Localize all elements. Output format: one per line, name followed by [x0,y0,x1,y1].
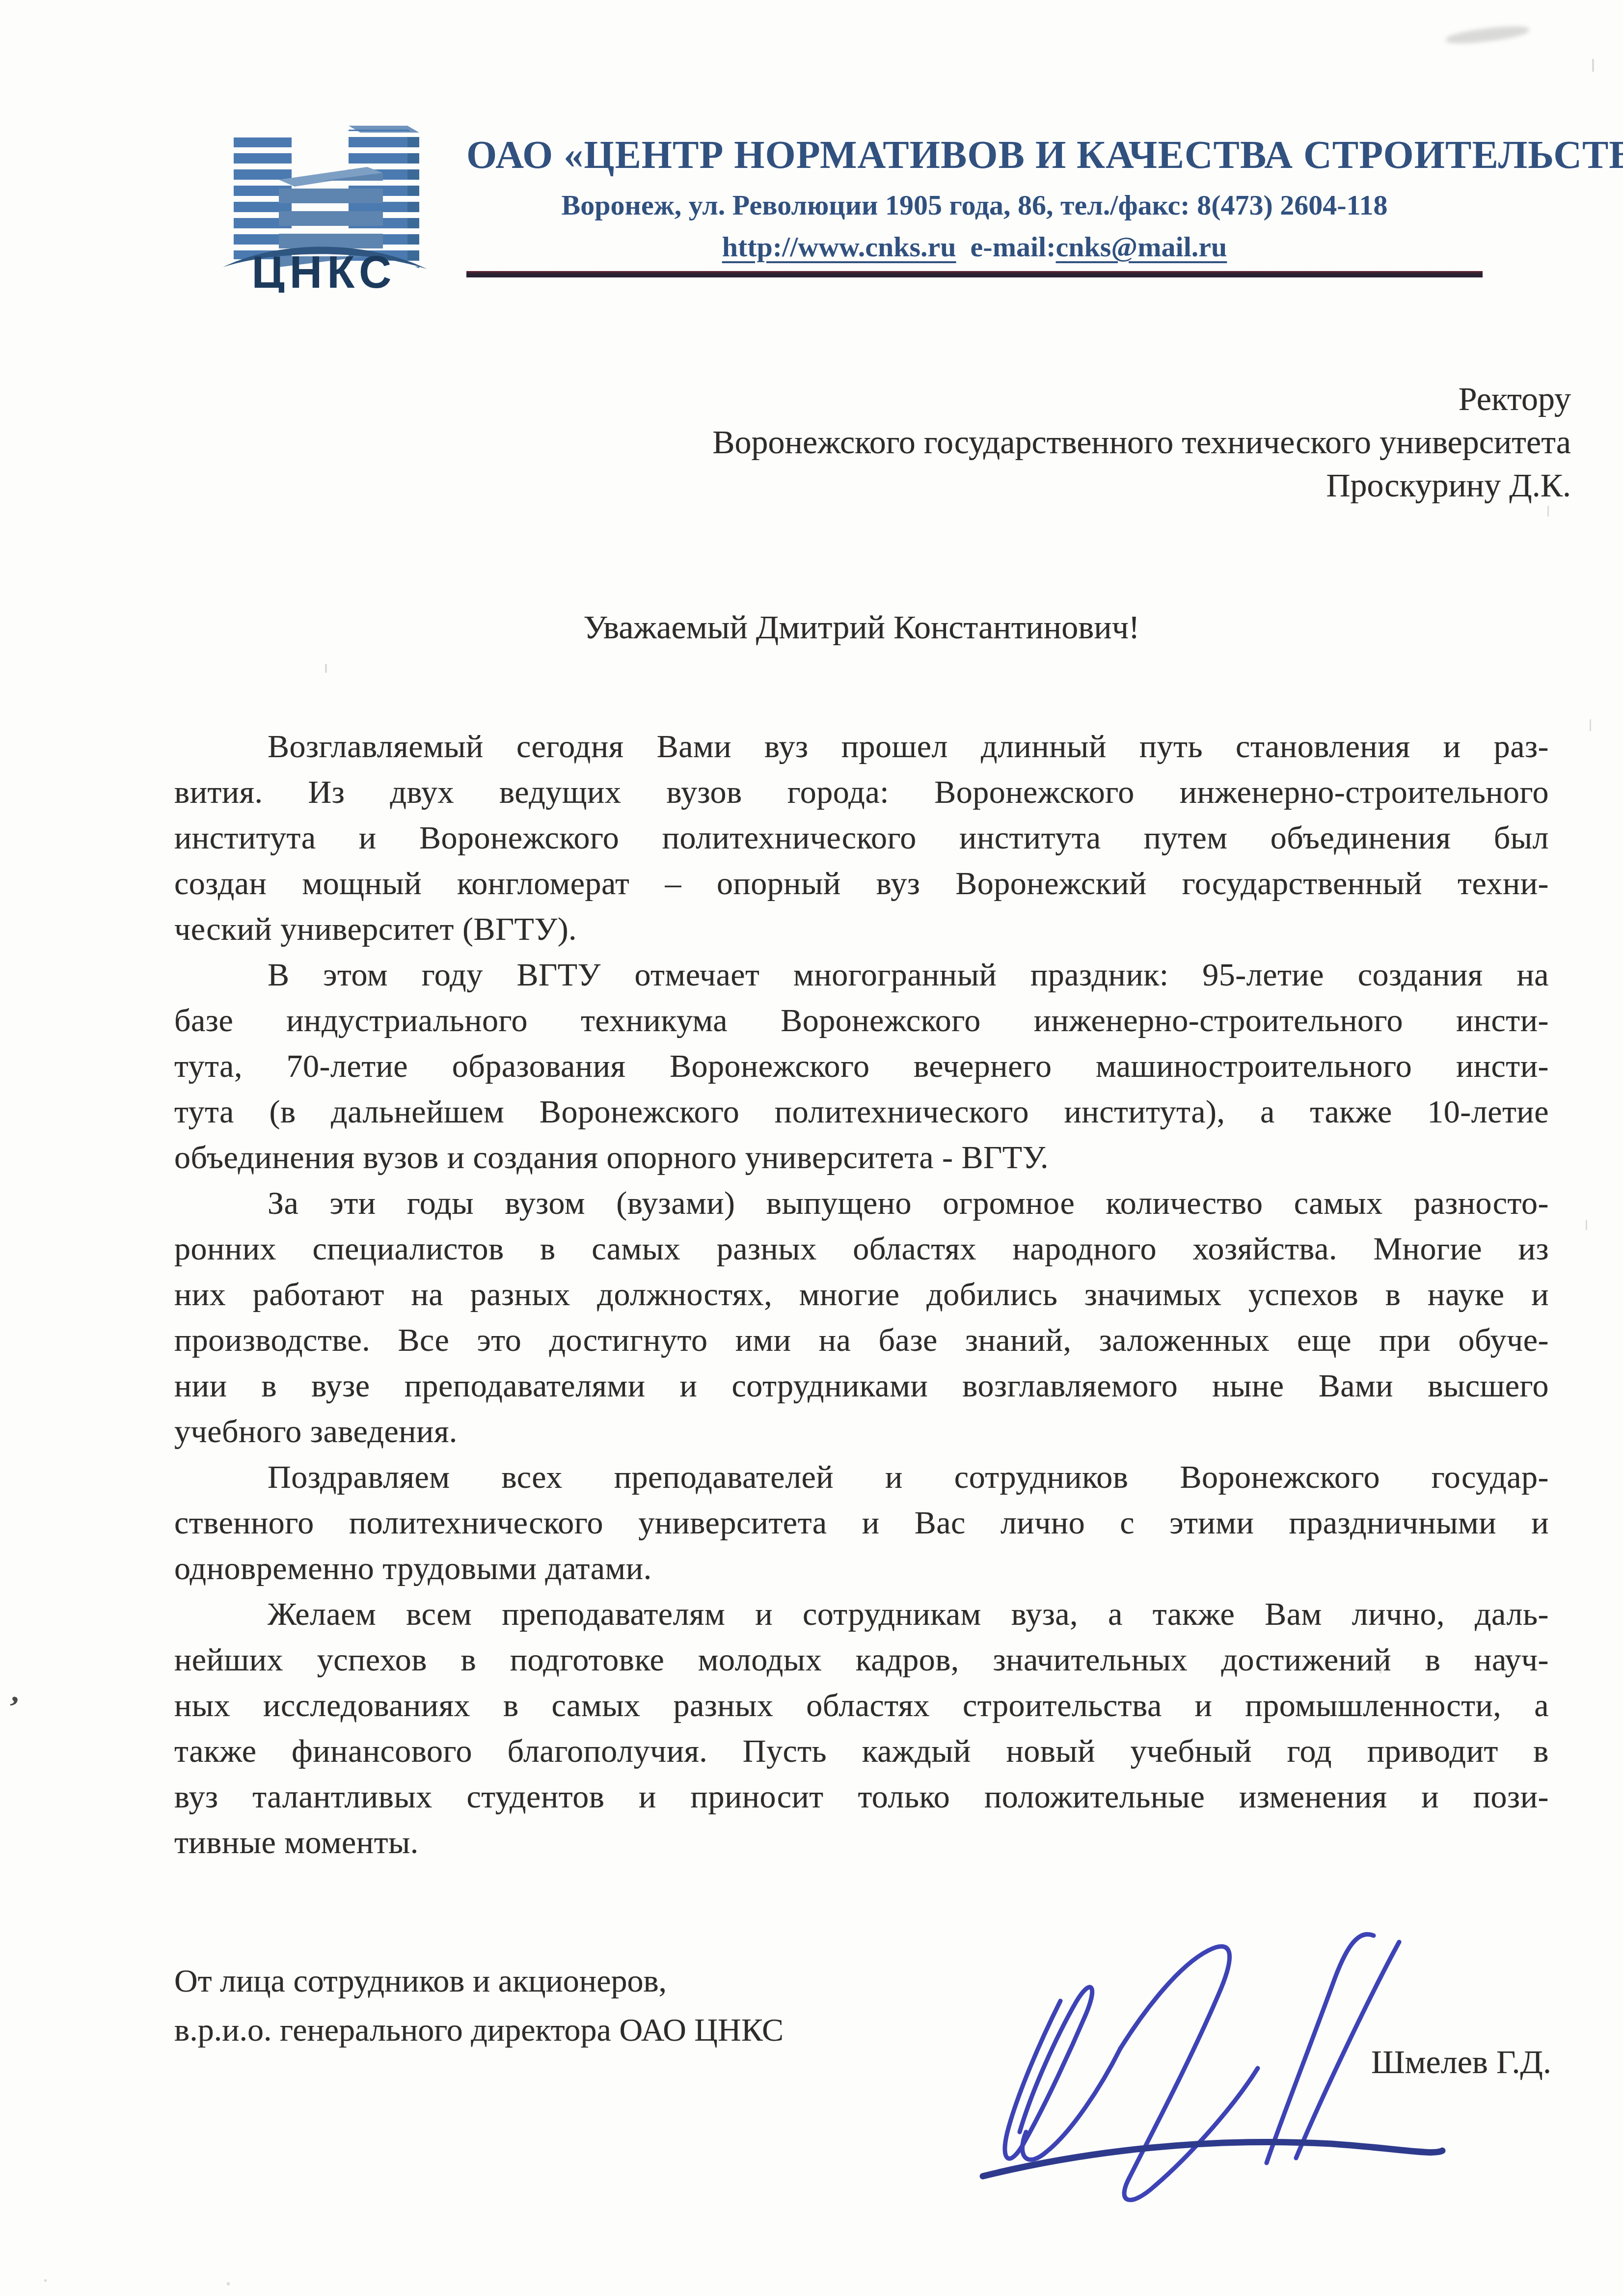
scan-speck [1590,719,1591,731]
closing-line-2: в.р.и.о. генерального директора ОАО ЦНКС [174,2006,1009,2055]
scan-speck [1592,59,1594,72]
recipient-organization: Воронежского государственного техническо… [491,420,1571,464]
body-line: также финансового благополучия. Пусть ка… [174,1728,1549,1774]
scan-speck [227,2282,230,2285]
body-line: ственного политехнического университета … [174,1500,1549,1546]
email-link[interactable]: cnks@mail.ru [1056,231,1227,263]
body-line: производстве. Все это достигнуто ими на … [174,1317,1549,1363]
body-line: нии в вузе преподавателями и сотрудникам… [174,1363,1549,1409]
scan-speck [1380,1666,1381,1673]
scan-speck [1547,506,1549,517]
scan-speck [1586,1220,1587,1230]
body-line: В этом году ВГТУ отмечает многогранный п… [174,952,1549,998]
salutation: Уважаемый Дмитрий Константинович! [174,608,1549,647]
company-contacts: http://www.cnks.ru e-mail:cnks@mail.ru [466,230,1483,263]
body-line: одновременно трудовыми датами. [174,1546,1549,1591]
body-line: вития. Из двух ведущих вузов города: Вор… [174,769,1549,815]
body-line: нейших успехов в подготовке молодых кадр… [174,1637,1549,1683]
recipient-block: Ректору Воронежского государственного те… [491,377,1571,507]
body-line: них работают на разных должностях, многи… [174,1272,1549,1317]
body-line: тивные моменты. [174,1820,1549,1865]
company-name: ОАО «ЦЕНТР НОРМАТИВОВ И КАЧЕСТВА СТРОИТЕ… [466,134,1483,178]
body-line: тута (в дальнейшем Воронежского политехн… [174,1089,1549,1135]
closing-line-1: От лица сотрудников и акционеров, [174,1957,1009,2006]
body-paragraphs: Возглавляемый сегодня Вами вуз прошел дл… [174,724,1549,1865]
recipient-title: Ректору [491,377,1571,420]
body-line: За эти годы вузом (вузами) выпущено огро… [174,1180,1549,1226]
logo-right-tower-side [407,130,419,268]
body-line: Желаем всем преподавателям и сотрудникам… [174,1591,1549,1637]
body-line: ческий университет (ВГТУ). [174,906,1549,952]
body-line: учебного заведения. [174,1409,1549,1454]
letterhead: ОАО «ЦЕНТР НОРМАТИВОВ И КАЧЕСТВА СТРОИТЕ… [466,134,1483,263]
body-line: института и Воронежского политехническог… [174,815,1549,861]
scan-speck [325,664,327,673]
scan-ink-mark: ’ [4,1689,22,1726]
scan-speck [44,2279,47,2282]
cnks-logo: ЦНКС [220,121,431,293]
body-line: тута, 70-летие образования Воронежского … [174,1043,1549,1089]
body-line: создан мощный конгломерат – опорный вуз … [174,861,1549,906]
letter-page: ЦНКС ОАО «ЦЕНТР НОРМАТИВОВ И КАЧЕСТВА СТ… [0,0,1623,2296]
scan-smudge [1445,24,1530,47]
website-link[interactable]: http://www.cnks.ru [722,231,956,263]
logo-caption: ЦНКС [251,247,396,293]
signer-name: Шмелев Г.Д. [1276,2043,1551,2081]
recipient-person: Проскурину Д.К. [491,464,1571,507]
body-line: ронних специалистов в самых разных облас… [174,1226,1549,1272]
letterhead-divider [466,271,1483,277]
body-line: ных исследованиях в самых разных областя… [174,1683,1549,1728]
body-line: Возглавляемый сегодня Вами вуз прошел дл… [174,724,1549,769]
body-line: базе индустриального техникума Воронежск… [174,998,1549,1043]
cnks-logo-graphic: ЦНКС [220,121,431,293]
email-label: e-mail: [971,231,1056,263]
body-line: объединения вузов и создания опорного ун… [174,1135,1549,1180]
closing-block: От лица сотрудников и акционеров, в.р.и.… [174,1957,1009,2055]
body-line: Поздравляем всех преподавателей и сотруд… [174,1454,1549,1500]
company-address: Воронеж, ул. Революции 1905 года, 86, те… [466,189,1483,221]
body-line: вуз талантливых студентов и приносит тол… [174,1774,1549,1820]
